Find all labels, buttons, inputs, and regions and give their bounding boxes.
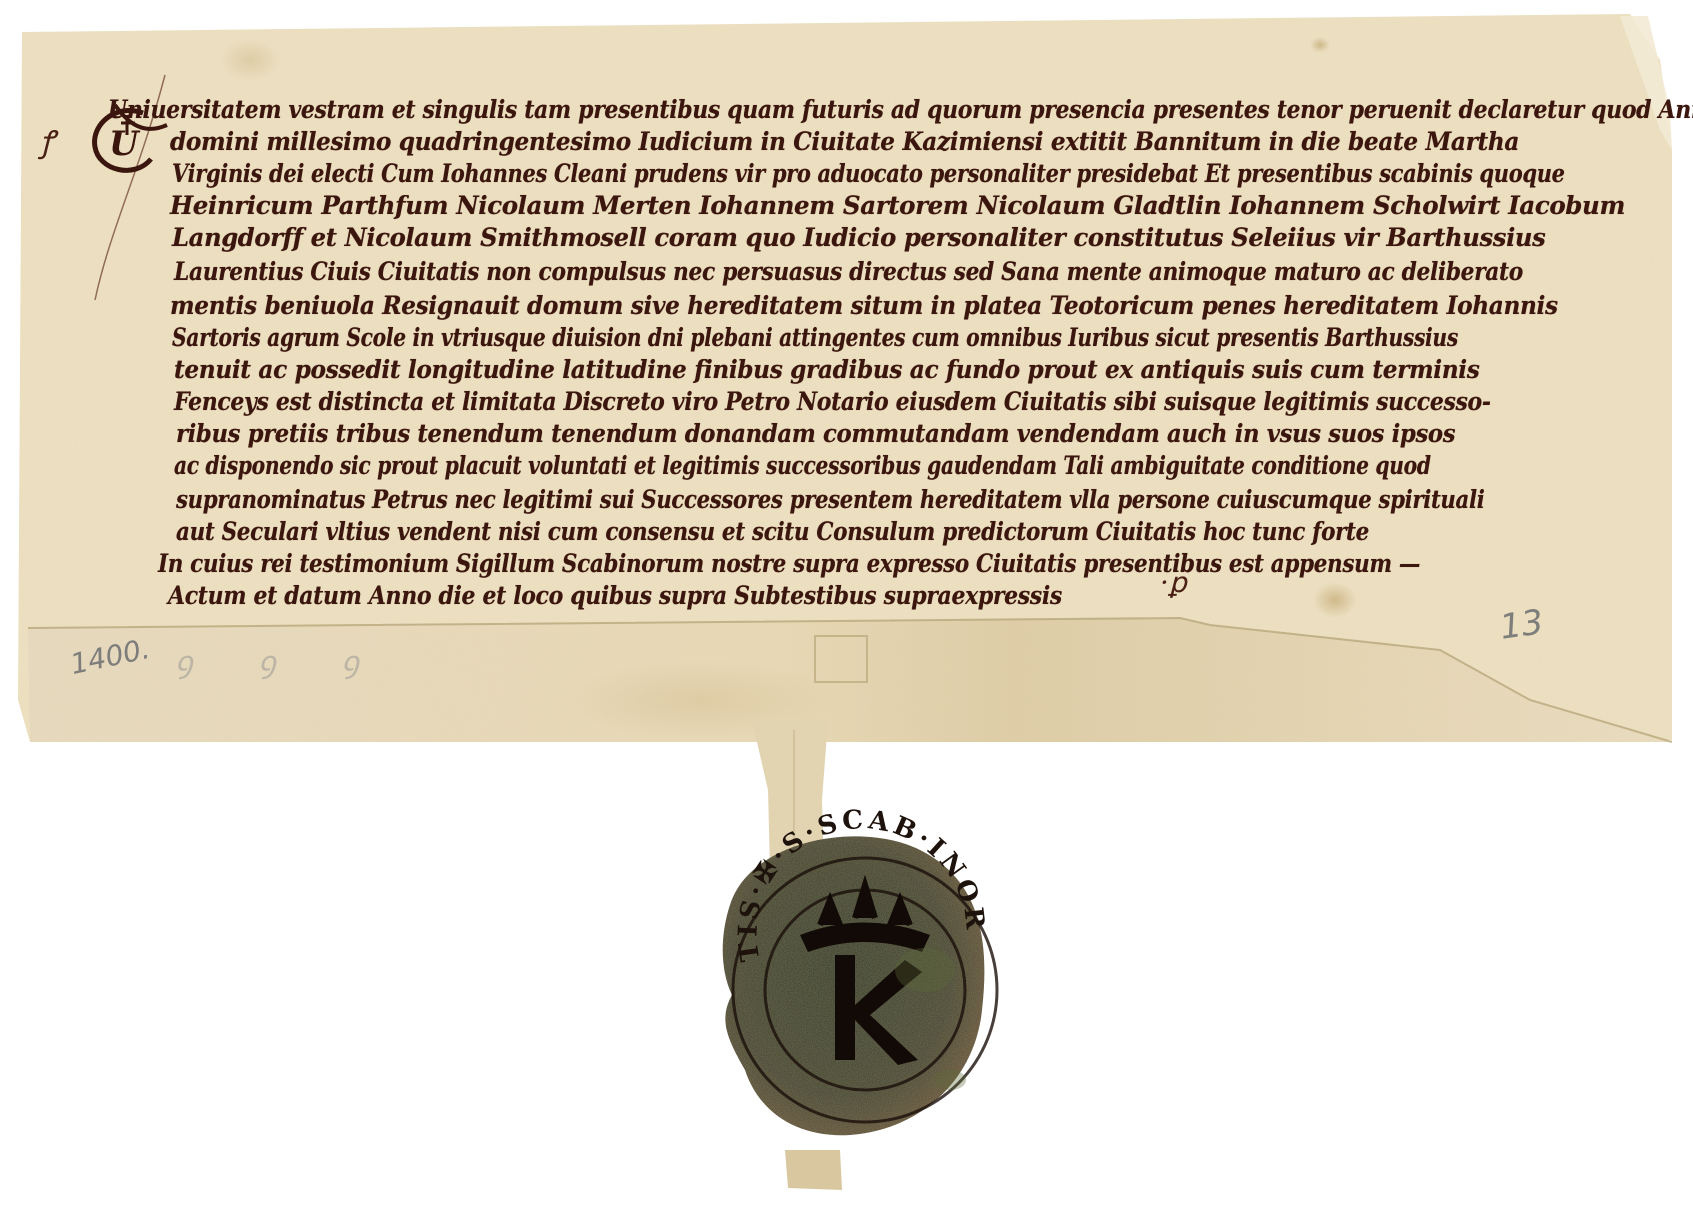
text-line-16: Actum et datum Anno die et loco quibus s… [168, 581, 1062, 610]
archival-faint-marks: ꝯ ꝯ ꝯ [175, 640, 387, 681]
text-line-15: In cuius rei testimonium Sigillum Scabin… [158, 549, 1420, 578]
text-line-6: Laurentius Ciuis Ciuitatis non compulsus… [174, 257, 1523, 286]
text-line-2: domini millesimo quadringentesimo Iudici… [170, 127, 1519, 156]
text-line-5: Langdorff et Nicolaum Smithmosell coram … [172, 223, 1545, 252]
text-line-10: Fenceys est distincta et limitata Discre… [174, 387, 1491, 416]
text-line-8: Sartoris agrum Scole in vtriusque diuisi… [172, 323, 1458, 352]
text-line-14: aut Seculari vltius vendent nisi cum con… [176, 517, 1369, 546]
closing-mark: ·ꝑ [1160, 566, 1187, 599]
archival-shelf-number: 13 [1497, 602, 1545, 648]
text-line-1: Uniuersitatem vestram et singulis tam pr… [108, 95, 1693, 124]
svg-text:U: U [109, 124, 141, 164]
text-line-13: supranominatus Petrus nec legitimi sui S… [176, 485, 1484, 514]
charter-photograph: U ꝭ Uniuersitatem vestram et singulis ta… [0, 0, 1693, 1229]
margin-mark: ꝭ [40, 120, 54, 161]
wax-seal: TIS·✠·S·SCAB·INOR [690, 720, 1020, 1200]
text-line-12: ac disponendo sic prout placuit voluntat… [174, 451, 1431, 480]
text-line-3: Virginis dei electi Cum Iohannes Cleani … [172, 159, 1565, 188]
text-line-7: mentis beniuola Resignauit domum sive he… [170, 291, 1558, 320]
text-line-11: ribus pretiis tribus tenendum tenendum d… [176, 419, 1455, 448]
text-line-4: Heinricum Parthfum Nicolaum Merten Iohan… [170, 191, 1625, 220]
text-line-9: tenuit ac possedit longitudine latitudin… [174, 355, 1479, 384]
